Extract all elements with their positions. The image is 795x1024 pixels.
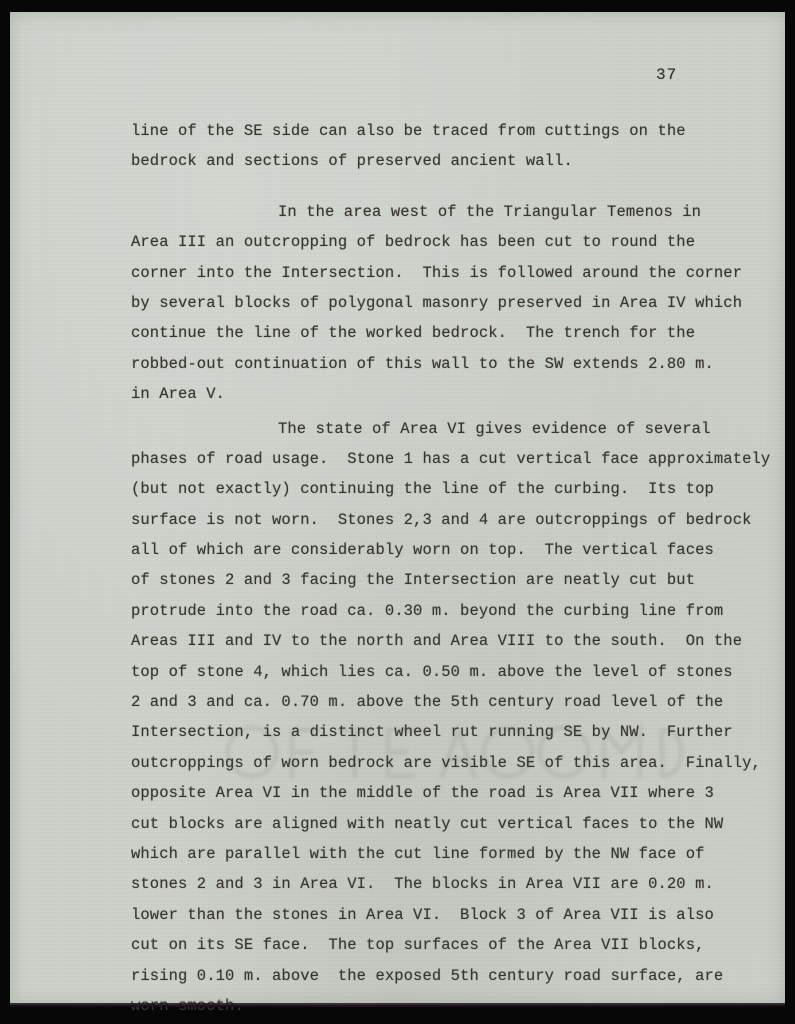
text-line: The state of Area VI gives evidence of s… bbox=[131, 414, 791, 444]
text-line: lower than the stones in Area VI. Block … bbox=[131, 900, 791, 930]
text-line: opposite Area VI in the middle of the ro… bbox=[131, 778, 791, 808]
text-line: Area III an outcropping of bedrock has b… bbox=[131, 227, 791, 257]
text-line: outcroppings of worn bedrock are visible… bbox=[131, 748, 791, 778]
body-text: line of the SE side can also be traced f… bbox=[131, 116, 791, 1021]
text-line: In the area west of the Triangular Temen… bbox=[131, 197, 791, 227]
paragraph: line of the SE side can also be traced f… bbox=[131, 116, 791, 177]
text-line: cut blocks are aligned with neatly cut v… bbox=[131, 809, 791, 839]
text-line: line of the SE side can also be traced f… bbox=[131, 116, 791, 146]
text-line: all of which are considerably worn on to… bbox=[131, 535, 791, 565]
text-line: stones 2 and 3 in Area VI. The blocks in… bbox=[131, 869, 791, 899]
text-line: Areas III and IV to the north and Area V… bbox=[131, 626, 791, 656]
paragraph: In the area west of the Triangular Temen… bbox=[131, 197, 791, 410]
text-line: of stones 2 and 3 facing the Intersectio… bbox=[131, 565, 791, 595]
paper-bottom-edge-shadow bbox=[10, 1003, 785, 1007]
scanned-document: 37 line of the SE side can also be trace… bbox=[0, 0, 795, 1024]
text-line: top of stone 4, which lies ca. 0.50 m. a… bbox=[131, 657, 791, 687]
text-line: corner into the Intersection. This is fo… bbox=[131, 258, 791, 288]
text-line: robbed-out continuation of this wall to … bbox=[131, 349, 791, 379]
page-number: 37 bbox=[656, 66, 677, 84]
text-line: (but not exactly) continuing the line of… bbox=[131, 474, 791, 504]
text-line: cut on its SE face. The top surfaces of … bbox=[131, 930, 791, 960]
text-line: bedrock and sections of preserved ancien… bbox=[131, 146, 791, 176]
text-line: protrude into the road ca. 0.30 m. beyon… bbox=[131, 596, 791, 626]
text-line: 2 and 3 and ca. 0.70 m. above the 5th ce… bbox=[131, 687, 791, 717]
text-line: surface is not worn. Stones 2,3 and 4 ar… bbox=[131, 505, 791, 535]
text-line: in Area V. bbox=[131, 379, 791, 409]
text-line: phases of road usage. Stone 1 has a cut … bbox=[131, 444, 791, 474]
paragraph: The state of Area VI gives evidence of s… bbox=[131, 414, 791, 1022]
text-line: Intersection, is a distinct wheel rut ru… bbox=[131, 717, 791, 747]
document-page: 37 line of the SE side can also be trace… bbox=[10, 12, 785, 1005]
text-line: rising 0.10 m. above the exposed 5th cen… bbox=[131, 961, 791, 991]
text-line: which are parallel with the cut line for… bbox=[131, 839, 791, 869]
text-line: by several blocks of polygonal masonry p… bbox=[131, 288, 791, 318]
text-line: continue the line of the worked bedrock.… bbox=[131, 318, 791, 348]
